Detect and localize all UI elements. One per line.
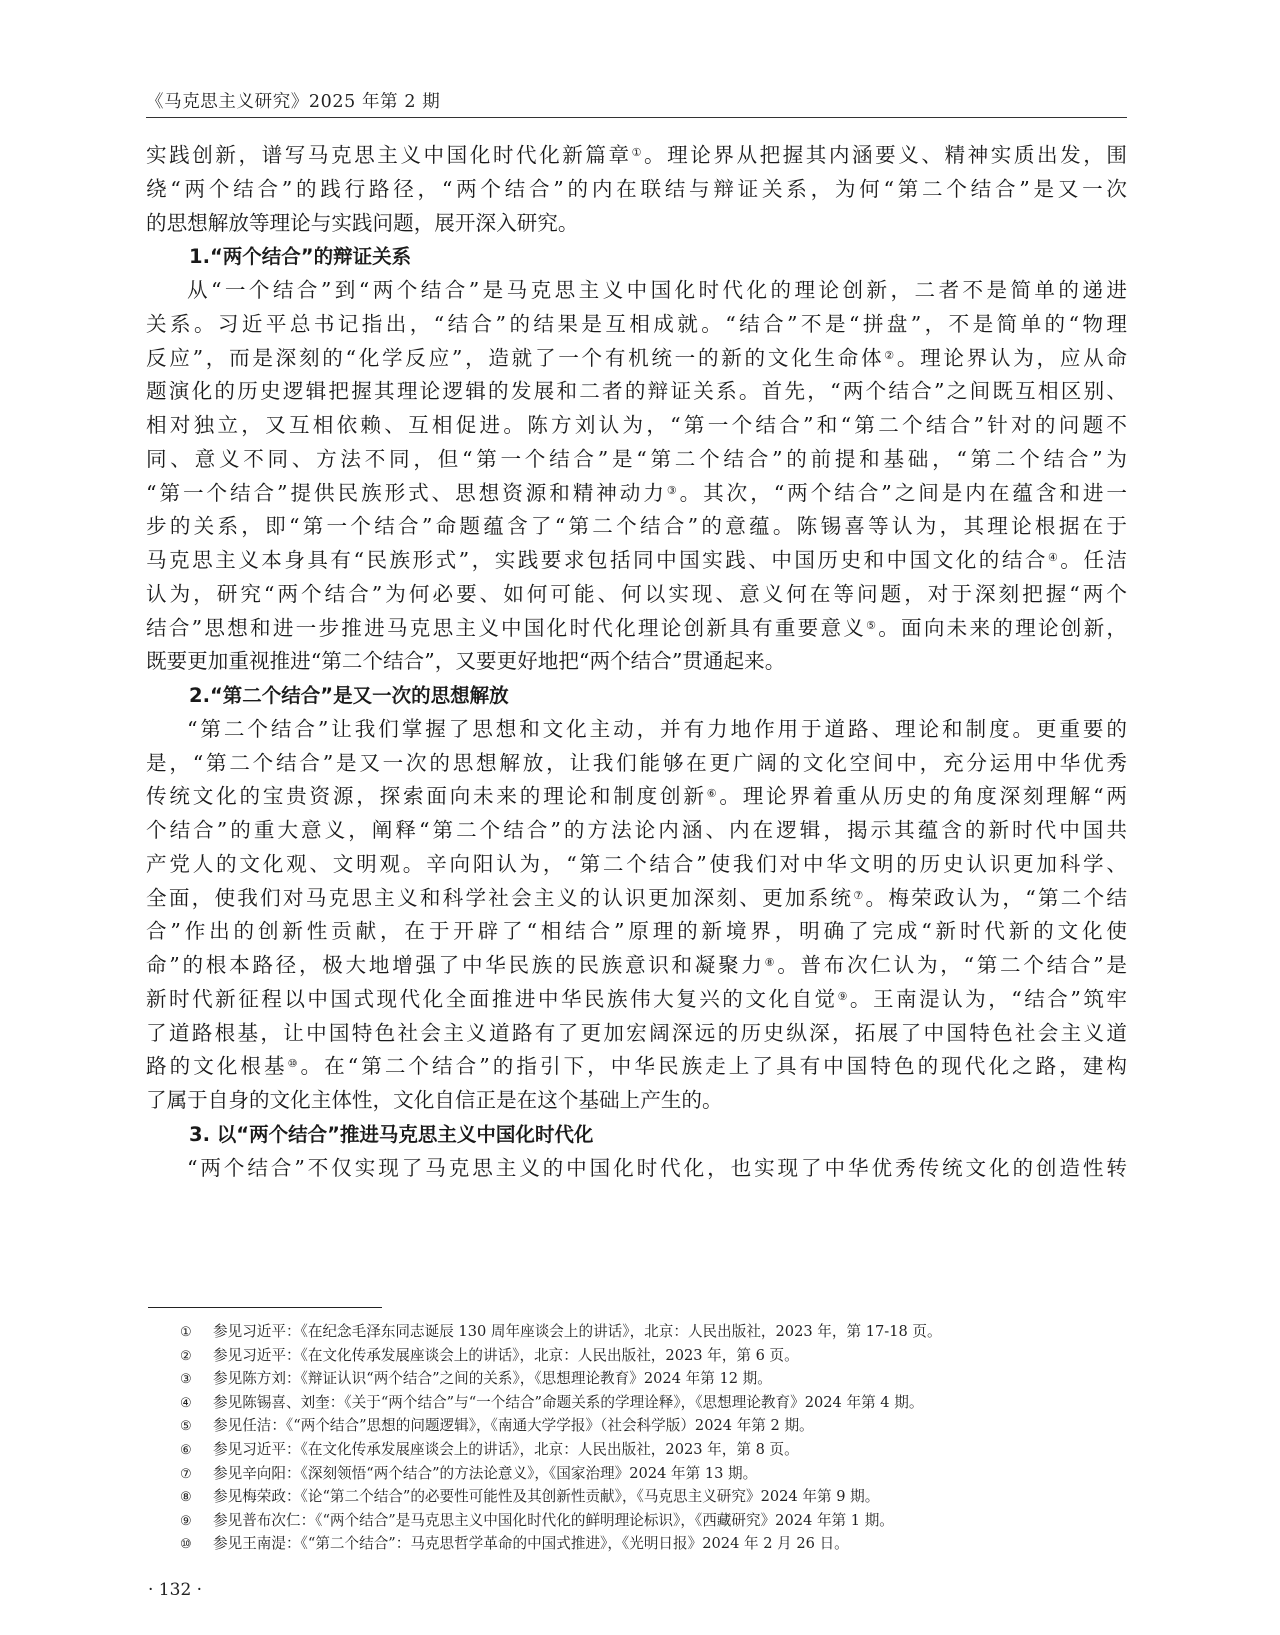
line-text: 2.“第二个结合”是又一次的思想解放 bbox=[189, 684, 509, 707]
footnote-reference[interactable]: ③ bbox=[667, 484, 680, 497]
body-line: 从“一个结合”到“两个结合”是马克思主义中国化时代化的理论创新，二者不是简单的递… bbox=[146, 274, 1127, 308]
line-text-tail: 。王南湜认为，“结合”筑牢 bbox=[850, 987, 1127, 1011]
line-text: 了道路根基，让中国特色社会主义道路有了更加宏阔深远的历史纵深，拓展了中国特色社会… bbox=[146, 1021, 1127, 1045]
footnote-number: ⑧ bbox=[180, 1486, 213, 1510]
line-text: 认为，研究“两个结合”为何必要、如何可能、何以实现、意义何在等问题，对于深刻把握… bbox=[146, 582, 1127, 606]
body-line: 反应”，而是深刻的“化学反应”，造就了一个有机统一的新的文化生命体②。理论界认为… bbox=[146, 342, 1127, 376]
footnote-text: 参见习近平：《在纪念毛泽东同志诞辰 130 周年座谈会上的讲话》，北京：人民出版… bbox=[213, 1323, 942, 1340]
body-line: 马克思主义本身具有“民族形式”，实践要求包括同中国实践、中国历史和中国文化的结合… bbox=[146, 544, 1127, 578]
line-text: 路的文化根基 bbox=[146, 1054, 288, 1078]
footnote-text: 参见辛向阳：《深刻领悟“两个结合”的方法论意义》，《国家治理》2024 年第 1… bbox=[213, 1465, 757, 1482]
line-text: “两个结合”不仅实现了马克思主义的中国化时代化，也实现了中华优秀传统文化的创造性… bbox=[187, 1156, 1127, 1180]
page-number: · 132 · bbox=[148, 1580, 202, 1600]
body-line: 新时代新征程以中国式现代化全面推进中华民族伟大复兴的文化自觉⑨。王南湜认为，“结… bbox=[146, 983, 1127, 1017]
footnotes-list: ①参见习近平：《在纪念毛泽东同志诞辰 130 周年座谈会上的讲话》，北京：人民出… bbox=[180, 1320, 1100, 1556]
line-text: 的思想解放等理论与实践问题，展开深入研究。 bbox=[146, 211, 578, 235]
line-text: 合”作出的创新性贡献，在于开辟了“相结合”原理的新境界，明确了完成“新时代新的文… bbox=[146, 919, 1127, 943]
section-heading: 2.“第二个结合”是又一次的思想解放 bbox=[146, 679, 1127, 713]
footnote-reference[interactable]: ⑧ bbox=[765, 956, 778, 969]
body-line: 全面，使我们对马克思主义和科学社会主义的认识更加深刻、更加系统⑦。梅荣政认为，“… bbox=[146, 882, 1127, 916]
line-text: 个结合”的重大意义，阐释“第二个结合”的方法论内涵、内在逻辑，揭示其蕴含的新时代… bbox=[146, 818, 1127, 842]
body-line: 实践创新，谱写马克思主义中国化时代化新篇章①。理论界从把握其内涵要义、精神实质出… bbox=[146, 139, 1127, 173]
footnote-item: ③参见陈方刘：《辩证认识“两个结合”之间的关系》，《思想理论教育》2024 年第… bbox=[180, 1367, 1100, 1391]
line-text: 既要更加重视推进“第二个结合”，又要更好地把“两个结合”贯通起来。 bbox=[146, 649, 785, 673]
running-header: 《马克思主义研究》2025 年第 2 期 bbox=[146, 84, 1127, 118]
line-text-tail: 。其次，“两个结合”之间是内在蕴含和进一 bbox=[680, 481, 1127, 505]
line-text: 传统文化的宝贵资源，探索面向未来的理论和制度创新 bbox=[146, 784, 707, 808]
footnote-number: ② bbox=[180, 1345, 213, 1369]
line-text: 绕“两个结合”的践行路径，“两个结合”的内在联结与辩证关系，为何“第二个结合”是… bbox=[146, 177, 1127, 201]
footnote-text: 参见陈方刘：《辩证认识“两个结合”之间的关系》，《思想理论教育》2024 年第 … bbox=[213, 1370, 772, 1387]
line-text-tail: 。任洁 bbox=[1060, 548, 1127, 572]
footnote-number: ④ bbox=[180, 1392, 213, 1416]
footnote-reference[interactable]: ② bbox=[884, 349, 897, 362]
line-text: 结合”思想和进一步推进马克思主义中国化时代化理论创新具有重要意义 bbox=[146, 616, 866, 640]
footnote-reference[interactable]: ⑦ bbox=[853, 889, 865, 902]
footnote-text: 参见习近平：《在文化传承发展座谈会上的讲话》，北京：人民出版社，2023 年，第… bbox=[213, 1347, 799, 1364]
body-line: 产党人的文化观、文明观。辛向阳认为，“第二个结合”使我们对中华文明的历史认识更加… bbox=[146, 848, 1127, 882]
footnote-number: ① bbox=[180, 1321, 213, 1345]
body-line: 是，“第二个结合”是又一次的思想解放，让我们能够在更广阔的文化空间中，充分运用中… bbox=[146, 747, 1127, 781]
line-text: 从“一个结合”到“两个结合”是马克思主义中国化时代化的理论创新，二者不是简单的递… bbox=[187, 278, 1127, 302]
footnote-number: ⑩ bbox=[180, 1533, 213, 1557]
line-text-tail: 。理论界着重从历史的角度深刻理解“两 bbox=[719, 784, 1127, 808]
footnote-number: ⑤ bbox=[180, 1415, 213, 1439]
line-text-tail: 。理论界认为，应从命 bbox=[897, 346, 1127, 370]
line-text-tail: 。在“第二个结合”的指引下，中华民族走上了具有中国特色的现代化之路，建构 bbox=[300, 1054, 1127, 1078]
body-line: 个结合”的重大意义，阐释“第二个结合”的方法论内涵、内在逻辑，揭示其蕴含的新时代… bbox=[146, 814, 1127, 848]
line-text: 实践创新，谱写马克思主义中国化时代化新篇章 bbox=[146, 143, 632, 167]
line-text-tail: 。理论界从把握其内涵要义、精神实质出发，围 bbox=[644, 143, 1127, 167]
body-line: 步的关系，即“第一个结合”命题蕴含了“第二个结合”的意蕴。陈锡喜等认为，其理论根… bbox=[146, 510, 1127, 544]
line-text: 了属于自身的文化主体性，文化自信正是在这个基础上产生的。 bbox=[146, 1088, 723, 1112]
body-line: 同、意义不同、方法不同，但“第一个结合”是“第二个结合”的前提和基础，“第二个结… bbox=[146, 443, 1127, 477]
section-heading: 3. 以“两个结合”推进马克思主义中国化时代化 bbox=[146, 1118, 1127, 1152]
footnote-reference[interactable]: ⑤ bbox=[866, 619, 878, 632]
line-text: 1.“两个结合”的辩证关系 bbox=[189, 245, 411, 268]
body-line: 合”作出的创新性贡献，在于开辟了“相结合”原理的新境界，明确了完成“新时代新的文… bbox=[146, 915, 1127, 949]
footnote-item: ①参见习近平：《在纪念毛泽东同志诞辰 130 周年座谈会上的讲话》，北京：人民出… bbox=[180, 1320, 1100, 1344]
footnote-divider bbox=[148, 1307, 382, 1308]
line-text: 新时代新征程以中国式现代化全面推进中华民族伟大复兴的文化自觉 bbox=[146, 987, 838, 1011]
line-text: 3. 以“两个结合”推进马克思主义中国化时代化 bbox=[189, 1123, 593, 1146]
footnote-number: ⑥ bbox=[180, 1439, 213, 1463]
line-text: 关系。习近平总书记指出，“结合”的结果是互相成就。“结合”不是“拼盘”，不是简单… bbox=[146, 312, 1127, 336]
footnote-reference[interactable]: ① bbox=[632, 146, 644, 159]
footnote-text: 参见梅荣政：《论“第二个结合”的必要性可能性及其创新性贡献》，《马克思主义研究》… bbox=[213, 1488, 879, 1505]
body-line: “第一个结合”提供民族形式、思想资源和精神动力③。其次，“两个结合”之间是内在蕴… bbox=[146, 477, 1127, 511]
article-body: 实践创新，谱写马克思主义中国化时代化新篇章①。理论界从把握其内涵要义、精神实质出… bbox=[146, 139, 1127, 1185]
footnote-text: 参见习近平：《在文化传承发展座谈会上的讲话》，北京：人民出版社，2023 年，第… bbox=[213, 1441, 799, 1458]
footnote-item: ⑤参见任洁：《“两个结合”思想的问题逻辑》，《南通大学学报》（社会科学版）202… bbox=[180, 1414, 1100, 1438]
body-line: 路的文化根基⑩。在“第二个结合”的指引下，中华民族走上了具有中国特色的现代化之路… bbox=[146, 1050, 1127, 1084]
line-text-tail: 。面向未来的理论创新， bbox=[878, 616, 1127, 640]
body-line: 绕“两个结合”的践行路径，“两个结合”的内在联结与辩证关系，为何“第二个结合”是… bbox=[146, 173, 1127, 207]
footnote-reference[interactable]: ⑩ bbox=[288, 1057, 301, 1070]
footnote-reference[interactable]: ④ bbox=[1048, 551, 1060, 564]
section-heading: 1.“两个结合”的辩证关系 bbox=[146, 240, 1127, 274]
footnote-item: ④参见陈锡喜、刘奎：《关于“两个结合”与“一个结合”命题关系的学理诠释》，《思想… bbox=[180, 1391, 1100, 1415]
footnote-text: 参见王南湜：《“第二个结合”：马克思哲学革命的中国式推进》，《光明日报》2024… bbox=[213, 1535, 849, 1552]
footnote-number: ③ bbox=[180, 1368, 213, 1392]
line-text: 同、意义不同、方法不同，但“第一个结合”是“第二个结合”的前提和基础，“第二个结… bbox=[146, 447, 1127, 471]
body-line: 了属于自身的文化主体性，文化自信正是在这个基础上产生的。 bbox=[146, 1084, 1127, 1118]
footnote-item: ⑥参见习近平：《在文化传承发展座谈会上的讲话》，北京：人民出版社，2023 年，… bbox=[180, 1438, 1100, 1462]
line-text: 反应”，而是深刻的“化学反应”，造就了一个有机统一的新的文化生命体 bbox=[146, 346, 884, 370]
footnote-reference[interactable]: ⑥ bbox=[707, 787, 720, 800]
body-line: 的思想解放等理论与实践问题，展开深入研究。 bbox=[146, 207, 1127, 241]
body-line: 既要更加重视推进“第二个结合”，又要更好地把“两个结合”贯通起来。 bbox=[146, 645, 1127, 679]
body-line: 命”的根本路径，极大地增强了中华民族的民族意识和凝聚力⑧。普布次仁认为，“第二个… bbox=[146, 949, 1127, 983]
footnote-item: ⑩参见王南湜：《“第二个结合”：马克思哲学革命的中国式推进》，《光明日报》202… bbox=[180, 1532, 1100, 1556]
body-line: 认为，研究“两个结合”为何必要、如何可能、何以实现、意义何在等问题，对于深刻把握… bbox=[146, 578, 1127, 612]
footnote-number: ⑨ bbox=[180, 1510, 213, 1534]
body-line: 传统文化的宝贵资源，探索面向未来的理论和制度创新⑥。理论界着重从历史的角度深刻理… bbox=[146, 780, 1127, 814]
line-text: 产党人的文化观、文明观。辛向阳认为，“第二个结合”使我们对中华文明的历史认识更加… bbox=[146, 852, 1127, 876]
footnote-item: ⑦参见辛向阳：《深刻领悟“两个结合”的方法论意义》，《国家治理》2024 年第 … bbox=[180, 1462, 1100, 1486]
line-text: 全面，使我们对马克思主义和科学社会主义的认识更加深刻、更加系统 bbox=[146, 886, 853, 910]
footnote-text: 参见任洁：《“两个结合”思想的问题逻辑》，《南通大学学报》（社会科学版）2024… bbox=[213, 1417, 814, 1434]
line-text: “第一个结合”提供民族形式、思想资源和精神动力 bbox=[146, 481, 667, 505]
line-text: 相对独立，又互相依赖、互相促进。陈方刘认为，“第一个结合”和“第二个结合”针对的… bbox=[146, 413, 1127, 437]
footnote-item: ⑨参见普布次仁：《“两个结合”是马克思主义中国化时代化的鲜明理论标识》，《西藏研… bbox=[180, 1509, 1100, 1533]
line-text-tail: 。梅荣政认为，“第二个结 bbox=[865, 886, 1127, 910]
body-line: 关系。习近平总书记指出，“结合”的结果是互相成就。“结合”不是“拼盘”，不是简单… bbox=[146, 308, 1127, 342]
body-line: “两个结合”不仅实现了马克思主义的中国化时代化，也实现了中华优秀传统文化的创造性… bbox=[146, 1152, 1127, 1186]
line-text: 命”的根本路径，极大地增强了中华民族的民族意识和凝聚力 bbox=[146, 953, 765, 977]
footnote-text: 参见陈锡喜、刘奎：《关于“两个结合”与“一个结合”命题关系的学理诠释》，《思想理… bbox=[213, 1394, 923, 1411]
line-text: 题演化的历史逻辑把握其理论逻辑的发展和二者的辩证关系。首先，“两个结合”之间既互… bbox=[146, 379, 1127, 403]
line-text: 步的关系，即“第一个结合”命题蕴含了“第二个结合”的意蕴。陈锡喜等认为，其理论根… bbox=[146, 514, 1127, 538]
body-line: 相对独立，又互相依赖、互相促进。陈方刘认为，“第一个结合”和“第二个结合”针对的… bbox=[146, 409, 1127, 443]
line-text: 是，“第二个结合”是又一次的思想解放，让我们能够在更广阔的文化空间中，充分运用中… bbox=[146, 751, 1127, 775]
journal-issue-title: 《马克思主义研究》2025 年第 2 期 bbox=[146, 88, 440, 113]
footnote-number: ⑦ bbox=[180, 1463, 213, 1487]
body-line: 结合”思想和进一步推进马克思主义中国化时代化理论创新具有重要意义⑤。面向未来的理… bbox=[146, 612, 1127, 646]
line-text: 马克思主义本身具有“民族形式”，实践要求包括同中国实践、中国历史和中国文化的结合 bbox=[146, 548, 1048, 572]
footnote-item: ②参见习近平：《在文化传承发展座谈会上的讲话》，北京：人民出版社，2023 年，… bbox=[180, 1344, 1100, 1368]
footnote-item: ⑧参见梅荣政：《论“第二个结合”的必要性可能性及其创新性贡献》，《马克思主义研究… bbox=[180, 1485, 1100, 1509]
line-text: “第二个结合”让我们掌握了思想和文化主动，并有力地作用于道路、理论和制度。更重要… bbox=[187, 717, 1127, 741]
body-line: 题演化的历史逻辑把握其理论逻辑的发展和二者的辩证关系。首先，“两个结合”之间既互… bbox=[146, 375, 1127, 409]
body-line: 了道路根基，让中国特色社会主义道路有了更加宏阔深远的历史纵深，拓展了中国特色社会… bbox=[146, 1017, 1127, 1051]
body-line: “第二个结合”让我们掌握了思想和文化主动，并有力地作用于道路、理论和制度。更重要… bbox=[146, 713, 1127, 747]
line-text-tail: 。普布次仁认为，“第二个结合”是 bbox=[777, 953, 1127, 977]
footnote-reference[interactable]: ⑨ bbox=[838, 990, 850, 1003]
footnote-text: 参见普布次仁：《“两个结合”是马克思主义中国化时代化的鲜明理论标识》，《西藏研究… bbox=[213, 1512, 894, 1529]
